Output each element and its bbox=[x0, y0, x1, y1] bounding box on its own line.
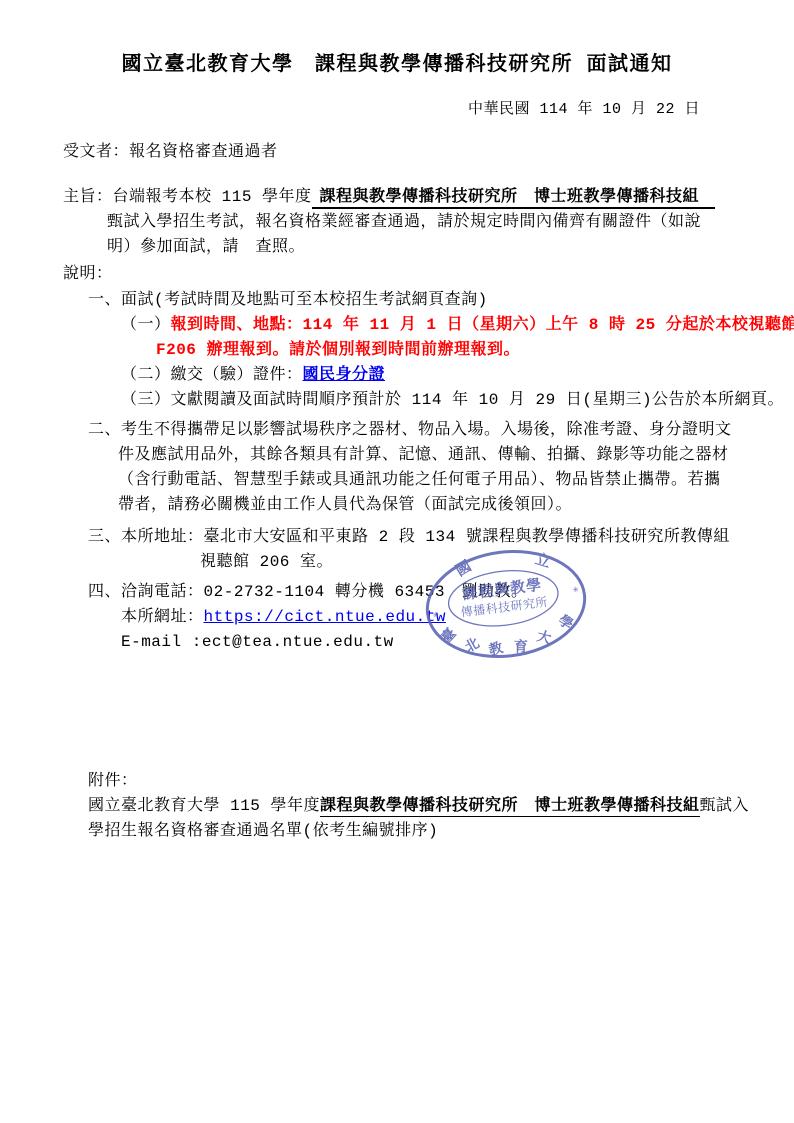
checkin-info-red-1: 報到時間、地點：114 年 11 月 1 日（星期六）上午 8 時 25 分起於… bbox=[171, 316, 794, 334]
note-2-number: 二、 bbox=[88, 421, 121, 439]
issue-date: 中華民國 114 年 10 月 22 日 bbox=[468, 97, 700, 122]
attachment-program-name: 課程與教學傳播科技研究所 博士班教學傳播科技組 bbox=[320, 797, 700, 817]
schedule-text: 文獻閱讀及面試時間順序預計於 114 年 10 月 29 日(星期三)公告於本所… bbox=[171, 391, 785, 409]
note-4-number: 四、 bbox=[88, 583, 121, 601]
email-line: E-mail :ect@tea.ntue.edu.tw bbox=[121, 630, 527, 655]
seal-bottom-char-6: 學 bbox=[555, 611, 576, 633]
note-3-number: 三、 bbox=[88, 528, 121, 546]
checkin-line-1: （一）報到時間、地點：114 年 11 月 1 日（星期六）上午 8 時 25 … bbox=[121, 313, 794, 338]
checkin-line-2: F206 辦理報到。請於個別報到時間前辦理報到。 bbox=[156, 338, 794, 363]
subject-label: 主旨： bbox=[63, 188, 113, 206]
documents-line: （二）繳交（驗）證件：國民身分證 bbox=[121, 363, 794, 388]
id-card-link[interactable]: 國民身分證 bbox=[303, 366, 386, 384]
sub-3-number: （三） bbox=[121, 391, 171, 409]
document-page: 國立臺北教育大學 課程與教學傳播科技研究所 面試通知 中華民國 114 年 10… bbox=[0, 0, 794, 1123]
attachment-post: 甄試入 bbox=[700, 797, 750, 815]
website-line: 本所網址：https://cict.ntue.edu.tw bbox=[121, 605, 527, 630]
note-1-number: 一、 bbox=[88, 291, 121, 309]
address-text-1: 本所地址：臺北市大安區和平東路 2 段 134 號課程與教學傳播科技研究所教傳組 bbox=[121, 528, 730, 546]
attachment-pre: 國立臺北教育大學 115 學年度 bbox=[88, 797, 320, 815]
note-1-heading-text: 面試(考試時間及地點可至本校招生考試網頁查詢) bbox=[121, 291, 488, 309]
address-line-1: 三、本所地址：臺北市大安區和平東路 2 段 134 號課程與教學傳播科技研究所教… bbox=[88, 525, 730, 550]
documents-text: 繳交（驗）證件： bbox=[171, 366, 303, 384]
subject-line-3: 明）參加面試，請 查照。 bbox=[63, 235, 715, 260]
note-1-interview: 一、面試(考試時間及地點可至本校招生考試網頁查詢) （一）報到時間、地點：114… bbox=[88, 288, 794, 413]
seal-ornament-right-icon: ✳ bbox=[572, 585, 580, 595]
note-2-line-1: 二、考生不得攜帶足以影響試場秩序之器材、物品入場。入場後，除准考證、身分證明文 bbox=[88, 418, 732, 443]
note-2-line-4: 帶者，請務必關機並由工作人員代為保管（面試完成後領回）。 bbox=[118, 493, 732, 518]
subject-intro: 台端報考本校 115 學年度 bbox=[113, 188, 312, 206]
attachment-label: 附件： bbox=[88, 769, 749, 794]
phone-text: 洽詢電話：02-2732-1104 轉分機 63453 劉助教。 bbox=[121, 583, 527, 601]
note-4-contact: 四、洽詢電話：02-2732-1104 轉分機 63453 劉助教。 本所網址：… bbox=[88, 580, 527, 655]
subject-line-1: 主旨：台端報考本校 115 學年度課程與教學傳播科技研究所 博士班教學傳播科技組 bbox=[63, 185, 715, 210]
sub-1-number: （一） bbox=[121, 316, 171, 334]
checkin-info-red-2: F206 辦理報到。請於個別報到時間前辦理報到。 bbox=[156, 341, 520, 359]
attachment-section: 附件： 國立臺北教育大學 115 學年度課程與教學傳播科技研究所 博士班教學傳播… bbox=[88, 769, 749, 844]
note-2-prohibited-items: 二、考生不得攜帶足以影響試場秩序之器材、物品入場。入場後，除准考證、身分證明文 … bbox=[88, 418, 732, 518]
seal-bottom-char-5: 大 bbox=[535, 627, 553, 646]
website-label: 本所網址： bbox=[121, 608, 204, 626]
schedule-line: （三）文獻閱讀及面試時間順序預計於 114 年 10 月 29 日(星期三)公告… bbox=[121, 388, 794, 413]
phone-line: 四、洽詢電話：02-2732-1104 轉分機 63453 劉助教。 bbox=[88, 580, 527, 605]
note-3-address: 三、本所地址：臺北市大安區和平東路 2 段 134 號課程與教學傳播科技研究所教… bbox=[88, 525, 730, 575]
notes-label: 說明： bbox=[63, 262, 113, 287]
note-1-heading: 一、面試(考試時間及地點可至本校招生考試網頁查詢) bbox=[88, 288, 794, 313]
recipient-line: 受文者：報名資格審查通過者 bbox=[63, 140, 278, 165]
website-link[interactable]: https://cict.ntue.edu.tw bbox=[204, 608, 446, 626]
page-title: 國立臺北教育大學 課程與教學傳播科技研究所 面試通知 bbox=[0, 51, 794, 76]
attachment-line-1: 國立臺北教育大學 115 學年度課程與教學傳播科技研究所 博士班教學傳播科技組甄… bbox=[88, 794, 749, 819]
attachment-line-2: 學招生報名資格審查通過名單(依考生編號排序) bbox=[88, 819, 749, 844]
note-2-line-2: 件及應試用品外，其餘各類具有計算、記憶、通訊、傳輸、拍攝、錄影等功能之器材 bbox=[118, 443, 732, 468]
note-2-line-3: （含行動電話、智慧型手錶或具通訊功能之任何電子用品）、物品皆禁止攜帶。若攜 bbox=[118, 468, 732, 493]
program-name: 課程與教學傳播科技研究所 博士班教學傳播科技組 bbox=[312, 188, 716, 209]
subject-line-2: 甄試入學招生考試，報名資格業經審查通過，請於規定時間內備齊有關證件（如說 bbox=[63, 210, 715, 235]
address-line-2: 視聽館 206 室。 bbox=[200, 550, 730, 575]
sub-2-number: （二） bbox=[121, 366, 171, 384]
note-2-text-1: 考生不得攜帶足以影響試場秩序之器材、物品入場。入場後，除准考證、身分證明文 bbox=[121, 421, 732, 439]
subject-paragraph: 主旨：台端報考本校 115 學年度課程與教學傳播科技研究所 博士班教學傳播科技組… bbox=[63, 185, 715, 260]
